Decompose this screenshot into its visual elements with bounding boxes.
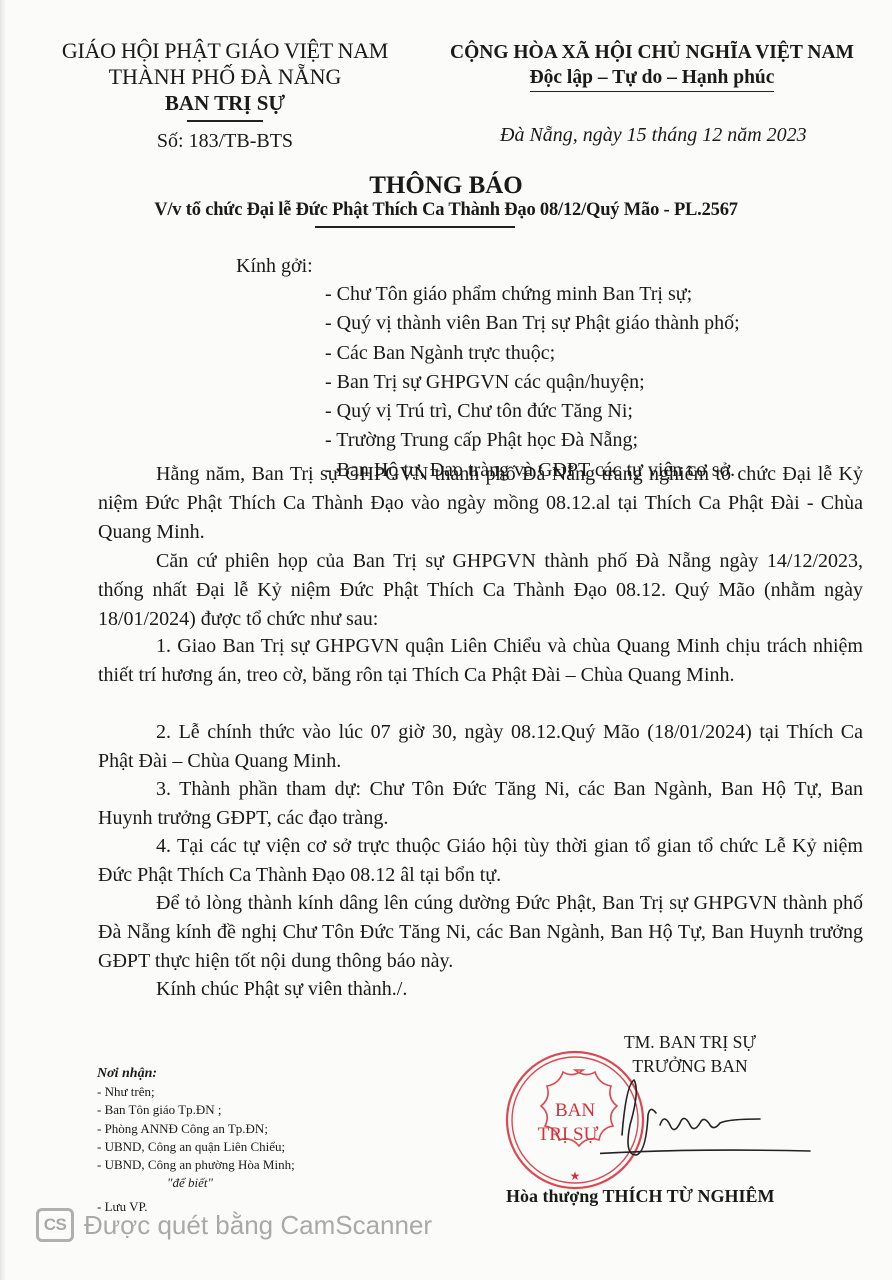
- stamp-text-line-2: TRỊ SỰ: [538, 1124, 599, 1145]
- issuer-header: GIÁO HỘI PHẬT GIÁO VIỆT NAM THÀNH PHỐ ĐÀ…: [20, 38, 430, 154]
- cc-item: - UBND, Công an quận Liên Chiểu;: [97, 1138, 295, 1156]
- recipient-item: - Chư Tôn giáo phẩm chứng minh Ban Trị s…: [325, 280, 740, 309]
- cc-item: - Phòng ANNĐ Công an Tp.ĐN;: [97, 1120, 295, 1138]
- place-date: Đà Nẵng, ngày 15 tháng 12 năm 2023: [500, 124, 807, 147]
- paragraph-item-1: 1. Giao Ban Trị sự GHPGVN quận Liên Chiể…: [98, 632, 863, 690]
- doc-number: Số: 183/TB-BTS: [20, 128, 430, 154]
- paragraph-item-4: 4. Tại các tự viện cơ sở trực thuộc Giáo…: [98, 832, 863, 890]
- issuer-org: GIÁO HỘI PHẬT GIÁO VIỆT NAM: [20, 38, 430, 64]
- cc-item: - Như trên;: [97, 1083, 295, 1101]
- cc-item: - Ban Tôn giáo Tp.ĐN ;: [97, 1101, 295, 1119]
- cc-list: Nơi nhận: - Như trên; - Ban Tôn giáo Tp.…: [97, 1065, 295, 1217]
- issuer-divider: [187, 120, 263, 122]
- recipient-item: - Ban Trị sự GHPGVN các quận/huyện;: [325, 368, 740, 397]
- recipient-item: - Trường Trung cấp Phật học Đà Nẵng;: [325, 426, 740, 455]
- national-header: CỘNG HÒA XÃ HỘI CHỦ NGHĨA VIỆT NAM Độc l…: [432, 40, 872, 92]
- document-title: THÔNG BÁO: [0, 172, 892, 200]
- paragraph-item-2: 2. Lễ chính thức vào lúc 07 giờ 30, ngày…: [98, 718, 863, 776]
- cc-note: "để biết": [97, 1174, 295, 1192]
- paragraph-basis: Căn cứ phiên họp của Ban Trị sự GHPGVN t…: [98, 547, 863, 634]
- paragraph-closing: Kính chúc Phật sự viên thành./.: [98, 975, 863, 1004]
- issuer-city: THÀNH PHỐ ĐÀ NẴNG: [20, 64, 430, 90]
- stamp-text-line-1: BAN: [555, 1100, 595, 1121]
- signer-name: Hòa thượng THÍCH TỪ NGHIÊM: [506, 1186, 774, 1207]
- svg-text:★: ★: [570, 1169, 581, 1183]
- paragraph-request: Để tỏ lòng thành kính dâng lên cúng dườn…: [98, 889, 863, 976]
- greeting: Kính gởi:: [236, 252, 313, 281]
- country-name: CỘNG HÒA XÃ HỘI CHỦ NGHĨA VIỆT NAM: [432, 40, 872, 65]
- cc-item: - UBND, Công an phường Hòa Minh;: [97, 1156, 295, 1174]
- signature-icon: [600, 1075, 830, 1175]
- document-subject: V/v tổ chức Đại lễ Đức Phật Thích Ca Thà…: [0, 200, 892, 221]
- camscanner-watermark: CS Được quét bằng CamScanner: [36, 1208, 432, 1242]
- recipient-list: - Chư Tôn giáo phẩm chứng minh Ban Trị s…: [325, 280, 740, 485]
- paragraph-intro: Hằng năm, Ban Trị sự GHPGVN thành phố Đà…: [98, 460, 863, 547]
- cc-heading: Nơi nhận:: [97, 1065, 295, 1083]
- recipient-item: - Các Ban Ngành trực thuộc;: [325, 339, 740, 368]
- paragraph-item-3: 3. Thành phần tham dự: Chư Tôn Đức Tăng …: [98, 775, 863, 833]
- watermark-text: Được quét bằng CamScanner: [84, 1210, 432, 1241]
- issuer-board: BAN TRỊ SỰ: [20, 90, 430, 116]
- subject-divider: [315, 226, 515, 228]
- national-motto: Độc lập – Tự do – Hạnh phúc: [530, 65, 775, 92]
- recipient-item: - Quý vị Trú trì, Chư tôn đức Tăng Ni;: [325, 397, 740, 426]
- camscanner-logo-icon: CS: [36, 1208, 74, 1242]
- recipient-item: - Quý vị thành viên Ban Trị sự Phật giáo…: [325, 309, 740, 338]
